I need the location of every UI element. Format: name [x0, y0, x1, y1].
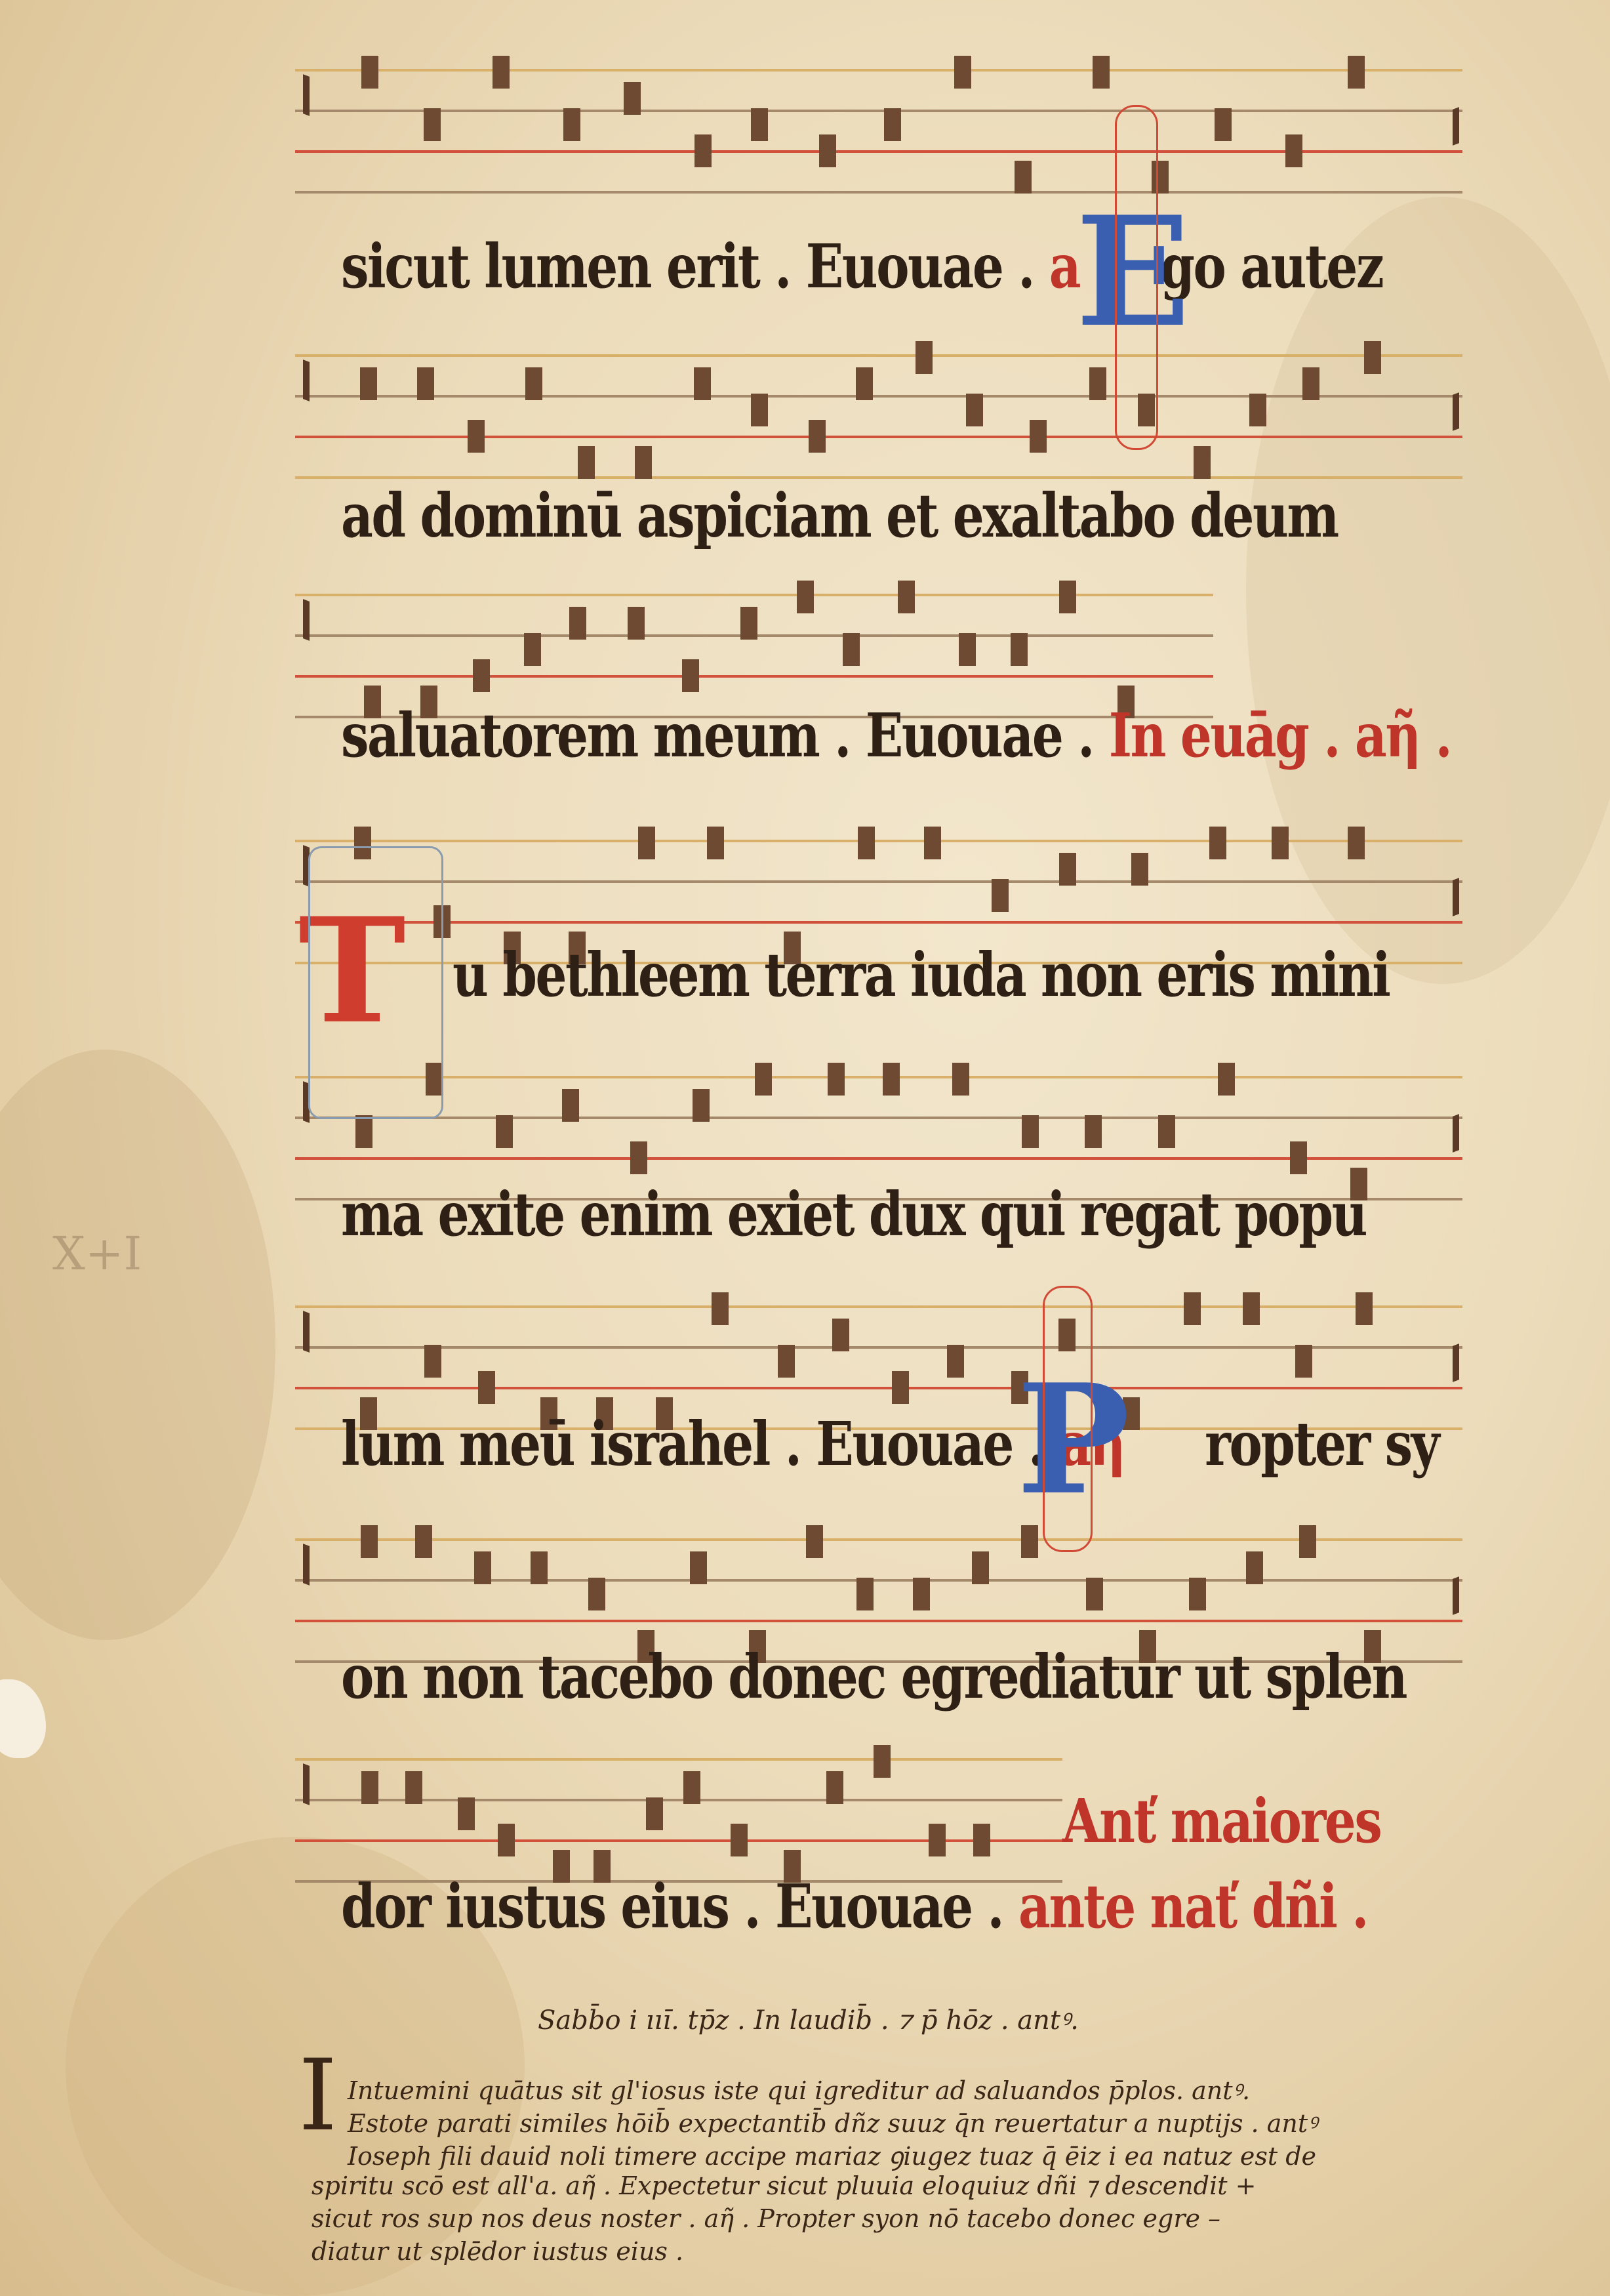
neume-note [959, 633, 976, 666]
neume-note [874, 1745, 891, 1778]
neume-note [1243, 1292, 1260, 1325]
clef-icon [303, 599, 310, 641]
custos-icon [1453, 1576, 1459, 1615]
neume-note [778, 1345, 795, 1378]
neume-note [690, 1551, 707, 1584]
neume-note [806, 1525, 823, 1558]
neume-note [952, 1063, 969, 1096]
parchment-stain [0, 1050, 275, 1640]
neume-note [578, 446, 595, 479]
neume-note [1209, 827, 1226, 859]
lyric-line-6: lum meū israhel . Euouae . aῆropter sy [341, 1414, 1438, 1474]
neume-note [525, 367, 542, 400]
custos-icon [1453, 1114, 1459, 1153]
neume-note [1085, 1115, 1102, 1148]
rubric-text: ante nať dñi . [1018, 1871, 1367, 1942]
neume-note [916, 341, 933, 374]
staff-line [295, 880, 1462, 883]
neume-note [1184, 1292, 1201, 1325]
neume-note [1218, 1063, 1235, 1096]
neume-note [360, 367, 377, 400]
neume-note [1285, 134, 1302, 167]
neume-note [630, 1141, 647, 1174]
neume-note [1194, 446, 1211, 479]
initial-flourish [308, 846, 443, 1119]
neume-note [1093, 56, 1110, 89]
custos-icon [1453, 878, 1459, 916]
footer-line-1: Intuemini quātus sit gl'iosus iste qui i… [348, 2073, 1250, 2107]
neume-note [1246, 1551, 1263, 1584]
neume-note [883, 1063, 900, 1096]
neume-note [635, 446, 652, 479]
neume-note [361, 1525, 378, 1558]
footer-line-2: Estote parati similes hōib̄ expectantib̄… [348, 2106, 1318, 2140]
staff-line [295, 1346, 1462, 1349]
neume-note [355, 1115, 372, 1148]
staff-line [295, 69, 1462, 72]
initial-I-small: I [298, 2047, 337, 2145]
neume-note [712, 1292, 729, 1325]
neume-note [1299, 1525, 1316, 1558]
footer-line-4: spiritu scō est all'a. aῆ . Expectetur s… [312, 2171, 1256, 2200]
lyric-line-8: dor iustus eius . Euouae . ante nať dñi … [341, 1876, 1367, 1937]
footer-line-3: Ioseph fili dauid noli timere accipe mar… [348, 2139, 1316, 2173]
neume-note [751, 394, 768, 426]
footer-line-6: diatur ut splēdor iustus eius . [312, 2237, 683, 2266]
initial-flourish [1043, 1286, 1093, 1552]
neume-note [924, 827, 941, 859]
staff-line [295, 395, 1462, 398]
neume-note [1356, 1292, 1373, 1325]
staff-line [295, 1839, 1062, 1842]
lyric-line-2: ad dominū aspiciam et exaltabo deum [341, 485, 1338, 546]
lyric-line-1: sicut lumen erit . Euouae . ago autez [341, 236, 1382, 297]
neume-note [1290, 1141, 1307, 1174]
neume-note [1015, 161, 1032, 194]
neume-note [809, 420, 826, 453]
staff-line [295, 1758, 1062, 1761]
lyric-text: sicut lumen erit . Euouae . [341, 231, 1049, 302]
neume-note [563, 108, 580, 141]
neume-note [693, 1089, 710, 1122]
clef-icon [303, 1763, 310, 1805]
neume-note [405, 1771, 422, 1804]
lyric-text: lum meū israhel . Euouae . [341, 1408, 1059, 1479]
neume-note [694, 367, 711, 400]
staff-line [295, 110, 1462, 112]
neume-note [694, 134, 712, 167]
neume-note [1011, 633, 1028, 666]
neume-note [740, 607, 757, 640]
neume-note [1030, 420, 1047, 453]
neume-note [828, 1063, 845, 1096]
rubric-text: In euāg . aῆ . [1109, 700, 1451, 771]
staff-line [295, 1387, 1462, 1389]
neume-note [628, 607, 645, 640]
clef-icon [303, 1544, 310, 1586]
staff-line [295, 354, 1462, 357]
neume-note [498, 1824, 515, 1856]
staff-line [295, 1117, 1462, 1119]
neume-note [424, 108, 441, 141]
neume-note [731, 1824, 748, 1856]
neume-note [1021, 1525, 1038, 1558]
lyric-text: go autez [1160, 231, 1382, 302]
neume-note [1348, 56, 1365, 89]
parchment-stain [1246, 197, 1610, 984]
neume-note [1059, 581, 1076, 613]
neume-note [826, 1771, 843, 1804]
neume-note [1295, 1345, 1312, 1378]
neume-note [624, 82, 641, 115]
neume-note [493, 56, 510, 89]
neume-note [819, 134, 836, 167]
clef-icon [303, 1311, 310, 1353]
neume-note [751, 108, 768, 141]
neume-note [898, 581, 915, 613]
neume-note [832, 1319, 849, 1351]
neume-note [474, 1551, 491, 1584]
neume-note [361, 56, 378, 89]
neume-note [1215, 108, 1232, 141]
neume-note [683, 1771, 700, 1804]
neume-note [361, 1771, 378, 1804]
lyric-line-7: on non tacebo donec egrediatur ut splen [341, 1647, 1406, 1707]
neume-note [415, 1525, 432, 1558]
edge-tear [0, 1679, 46, 1758]
neume-note [973, 1824, 990, 1856]
neume-note [638, 827, 655, 859]
staff-line [295, 1538, 1462, 1541]
neume-note [1272, 827, 1289, 859]
neume-note [588, 1578, 605, 1610]
neume-note [473, 659, 490, 692]
neume-note [707, 827, 724, 859]
neume-note [1249, 394, 1266, 426]
neume-note [858, 827, 875, 859]
neume-note [954, 56, 971, 89]
neume-note [1189, 1578, 1206, 1610]
neume-note [646, 1797, 663, 1830]
lyric-text: dor iustus eius . Euouae . [341, 1871, 1018, 1942]
neume-note [478, 1371, 495, 1404]
footer-line-5: sicut ros sup nos deus noster . aῆ . Pro… [312, 2204, 1220, 2233]
custos-icon [1453, 107, 1459, 146]
neume-note [843, 633, 860, 666]
neume-note [1089, 367, 1106, 400]
neume-note [468, 420, 485, 453]
staff-line [295, 921, 1462, 924]
neume-note [992, 879, 1009, 912]
neume-note [1131, 853, 1148, 886]
custos-icon [1453, 392, 1459, 431]
neume-note [797, 581, 814, 613]
neume-note [562, 1089, 579, 1122]
neume-note [892, 1371, 909, 1404]
neume-note [1059, 853, 1076, 886]
neume-note [913, 1578, 930, 1610]
staff-line [295, 476, 1462, 479]
lyric-line-3: saluatorem meum . Euouae . In euāg . aῆ … [341, 705, 1451, 766]
lyric-line-4: u bethleem terra iuda non eris mini [453, 945, 1389, 1005]
lyric-text: saluatorem meum . Euouae . [341, 700, 1109, 771]
neume-note [1022, 1115, 1039, 1148]
neume-note [424, 1345, 441, 1378]
clef-icon [303, 74, 310, 116]
neume-note [531, 1551, 548, 1584]
lyric-line-5: ma exite enim exiet dux qui regat popu [341, 1184, 1366, 1244]
folio-mark: X+I [52, 1227, 142, 1281]
staff-line [295, 675, 1213, 678]
neume-note [972, 1551, 989, 1584]
neume-note [929, 1824, 946, 1856]
staff-line [295, 1076, 1462, 1078]
neume-note [1086, 1578, 1103, 1610]
clef-icon [303, 359, 310, 401]
neume-note [884, 108, 901, 141]
neume-note [966, 394, 983, 426]
neume-note [1158, 1115, 1175, 1148]
initial-flourish [1115, 105, 1158, 450]
staff-line [295, 1157, 1462, 1160]
neume-note [755, 1063, 772, 1096]
neume-note [856, 367, 873, 400]
staff-line [295, 1620, 1462, 1622]
custos-icon [1453, 1343, 1459, 1382]
rubric-heading: Anť maiores [1062, 1791, 1380, 1851]
neume-note [856, 1578, 874, 1610]
neume-note [682, 659, 699, 692]
staff-line [295, 1579, 1462, 1582]
neume-note [524, 633, 541, 666]
neume-note [417, 367, 434, 400]
neume-note [1302, 367, 1319, 400]
staff-line [295, 1305, 1462, 1308]
footer-heading: Sabb̄o i ııı̄. tp̄z . In laudib̄ . ⁊ p̄ … [538, 2001, 1079, 2037]
neume-note [569, 607, 586, 640]
neume-note [496, 1115, 513, 1148]
lyric-text: ropter sy [1205, 1408, 1438, 1479]
neume-note [947, 1345, 964, 1378]
neume-note [1348, 827, 1365, 859]
neume-note [458, 1797, 475, 1830]
neume-note [1364, 341, 1381, 374]
staff-line [295, 191, 1462, 194]
